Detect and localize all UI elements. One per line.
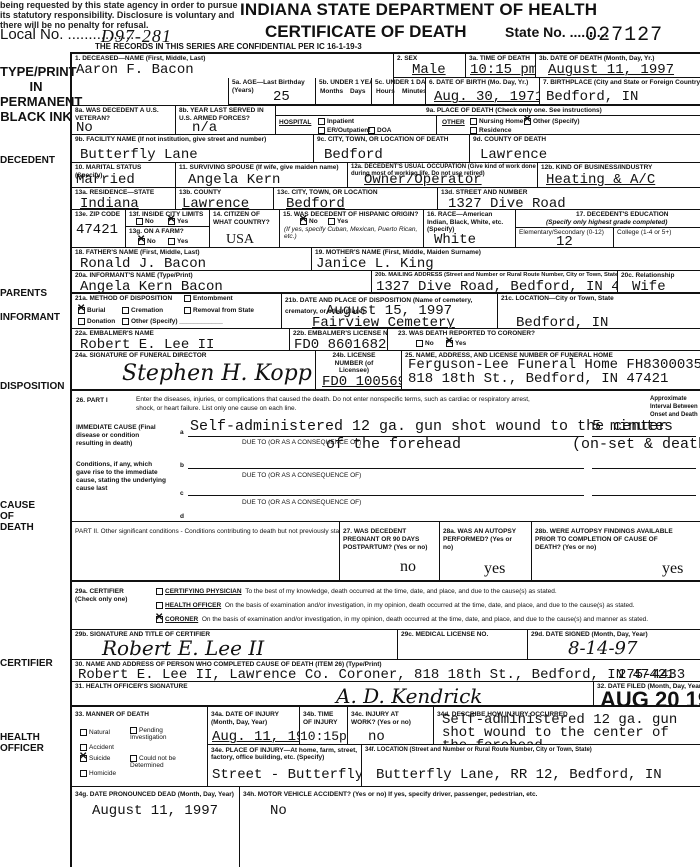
education-elem-value: 12 (556, 234, 573, 248)
field-informant-name: 20a. INFORMANT'S NAME (Type/Print) Angel… (72, 271, 372, 293)
embalmer-license-value: FD0 8601682 (294, 337, 386, 351)
race-value: White (434, 232, 476, 248)
field-birthplace: 7. BIRTHPLACE (City and State or Foreign… (540, 78, 700, 105)
deceased-name-value: Aaron F. Bacon (76, 62, 194, 78)
age-value: 25 (273, 89, 290, 105)
side-label-parents: PARENTS (0, 288, 68, 299)
checkbox-er-outpatient[interactable]: ER/Outpatient (318, 127, 370, 134)
certifier-signature: Robert E. Lee II (102, 636, 264, 660)
field-place-of-injury: 34e. PLACE OF INJURY—At home, farm, stre… (208, 745, 362, 787)
sex-value: Male (412, 62, 446, 78)
year-served-value: n/a (192, 120, 217, 135)
field-mother-name: 19. MOTHER'S NAME (First, Middle, Maiden… (312, 248, 700, 271)
interval-line-a: 5 minutes (592, 418, 673, 435)
side-label-disposition: DISPOSITION (0, 381, 68, 392)
business-value: Heating & A/C (546, 172, 655, 188)
checkbox-coroner-no[interactable]: No (416, 340, 434, 347)
checkbox-coroner[interactable]: CORONER On the basis of examination and/… (156, 616, 648, 623)
field-race: 16. RACE—American Indian, Black, White, … (424, 210, 516, 248)
field-informant-address: 20b. MAILING ADDRESS (Street and Number … (372, 271, 618, 293)
checkbox-doa[interactable]: DOA (368, 127, 391, 134)
field-injury-description: 34d. DESCRIBE HOW INJURY OCCURRED Self-a… (434, 707, 700, 745)
checkbox-city-limits-no[interactable]: No (136, 218, 154, 225)
state-no-label: State No. (505, 24, 566, 40)
funeral-home-line2: 818 18th St., Bedford, IN 47421 (408, 371, 668, 387)
pregnant-value: no (400, 558, 416, 576)
field-funeral-director-signature: 24a. SIGNATURE OF FUNERAL DIRECTOR Steph… (72, 351, 316, 391)
checkbox-hispanic-no[interactable]: No (300, 218, 318, 225)
injury-location-value: Butterfly Lane, RR 12, Bedford, IN (376, 767, 662, 783)
interval-line-a-cont: (on-set & death (572, 436, 700, 453)
findings-value: yes (662, 560, 683, 578)
field-residence-state: 13a. RESIDENCE—STATE Indiana (72, 188, 176, 210)
date-filed-value: AUG 20 1997 (600, 687, 700, 707)
health-officer-signature: A. D. Kendrick (336, 684, 482, 707)
injury-date-value: Aug. 11, 1997 (212, 729, 300, 745)
zip-value: 47421 (76, 222, 118, 238)
occupation-value: Owner/Operator (364, 172, 482, 188)
confidential-notice: THE RECORDS IN THIS SERIES ARE CONFIDENT… (95, 42, 362, 51)
embalmer-value: Robert E. Lee II (80, 337, 214, 351)
place-of-injury-value: Street - Butterfly Lane ,RR12 (212, 767, 362, 783)
state-no-value: 027127 (585, 24, 663, 47)
pronounced-value: August 11, 1997 (92, 803, 218, 819)
at-work-value: no (368, 729, 385, 745)
field-education: 17. DECEDENT'S EDUCATION (Specify only h… (516, 210, 700, 228)
state-number: State No. ....027127...... (505, 24, 608, 40)
spouse-value: Angela Kern (188, 172, 280, 188)
injury-time-value: 10:15pm (300, 729, 348, 744)
field-citizen: 14. CITIZEN OF WHAT COUNTRY? USA (210, 210, 280, 248)
field-date-of-birth: 6. DATE OF BIRTH (Mo. Day, Yr.) Aug. 30,… (426, 78, 540, 105)
field-city-of-death: 9c. CITY, TOWN, OR LOCATION OF DEATH Bed… (314, 135, 470, 163)
how-line3: the forehead. (442, 738, 551, 745)
field-embalmer-license: 22b. EMBALMER'S LICENSE NO. FD0 8601682 (290, 329, 388, 351)
field-surviving-spouse: 11. SURVIVING SPOUSE (If wife, give maid… (176, 163, 348, 188)
field-occupation: 12a. DECEDENT'S USUAL OCCUPATION (Give k… (348, 163, 538, 188)
relationship-value: Wife (632, 279, 666, 293)
field-education-college: College (1-4 or 5+) (614, 228, 700, 248)
checkbox-coroner-yes[interactable]: Yes (446, 340, 466, 347)
checkbox-certifying-physician[interactable]: CERTIFYING PHYSICIAN To the best of my k… (156, 588, 557, 595)
checkbox-city-limits-yes[interactable]: Yes (168, 218, 188, 225)
field-business: 12b. KIND OF BUSINESS/INDUSTRY Heating &… (538, 163, 700, 188)
field-inside-city-limits: 13f. INSIDE CITY LIMITS No Yes (126, 210, 210, 227)
checkbox-other-specify[interactable]: Other (Specify) (524, 118, 580, 125)
section-cause-part1: 26. PART I Enter the diseases, injuries,… (72, 391, 700, 522)
completer-phone: 275-4433 (618, 667, 685, 682)
checkbox-suicide[interactable]: Suicide (80, 755, 110, 762)
checkbox-inpatient[interactable]: Inpatient (318, 118, 354, 125)
field-residence-county: 13b. COUNTY Lawrence (176, 188, 274, 210)
cause-line-a-cont: of the forehead (326, 436, 461, 453)
checkbox-pending[interactable]: Pending Investigation (130, 727, 200, 741)
field-injury-time: 34b. TIME OF INJURY 10:15pm (300, 707, 348, 745)
field-injury-at-work: 34c. INJURY AT WORK? (Yes or no) no (348, 707, 434, 745)
field-certifier-type: 29a. CERTIFIER (Check only one) CERTIFYI… (72, 582, 700, 630)
time-of-death-value: 10:15 pm (470, 62, 536, 78)
checkbox-removal-from-state[interactable]: Removal from State (184, 307, 254, 314)
agency-title: INDIANA STATE DEPARTMENT OF HEALTH (240, 0, 597, 20)
checkbox-burial[interactable]: Burial (78, 307, 105, 314)
dob-value: Aug. 30, 1971 (434, 89, 540, 105)
field-injury-location: 34f. LOCATION (Street and Number or Rura… (362, 745, 700, 787)
field-part2-conditions: PART II. Other significant conditions - … (72, 522, 340, 582)
checkbox-donation[interactable]: Donation (78, 318, 115, 325)
field-under-1-day: 5c. UNDER 1 DAY Hours Minutes (372, 78, 426, 105)
field-funeral-director-license: 24b. LICENSE NUMBER (of Licensee) FD0 10… (316, 351, 402, 391)
fd-license-value: FD0 1005695 (322, 374, 402, 390)
funeral-director-signature: Stephen H. Kopp (122, 361, 312, 386)
checkbox-residence[interactable]: Residence (470, 127, 512, 134)
informant-value: Angela Kern Bacon (80, 279, 223, 293)
field-disposition-date-place: 21b. DATE AND PLACE OF DISPOSITION (Name… (282, 293, 498, 329)
veteran-value: No (76, 120, 93, 135)
field-autopsy-findings: 28b. WERE AUTOPSY FINDINGS AVAILABLE PRI… (532, 522, 700, 582)
res-street-value: 1327 Dive Road (448, 196, 566, 210)
field-hispanic-origin: 15. WAS DECEDENT OF HISPANIC ORIGIN? No … (280, 210, 424, 248)
disposition-place-value: Fairview Cemetery (312, 315, 455, 329)
checkbox-nursing-home[interactable]: Nursing Home (470, 118, 523, 125)
date-signed-value: 8-14-97 (568, 638, 637, 659)
checkbox-farm-yes[interactable]: Yes (168, 238, 188, 245)
checkbox-entombment[interactable]: Entombment (184, 295, 233, 302)
local-number: Local No. ........D97-281........ (0, 26, 134, 43)
mother-value: Janice L. King (316, 256, 434, 271)
city-of-death-value: Bedford (324, 147, 383, 163)
field-cause-completer: 30. NAME AND ADDRESS OF PERSON WHO COMPL… (72, 660, 700, 682)
field-year-served: 8b. YEAR LAST SERVED IN U.S. ARMED FORCE… (176, 105, 276, 135)
field-reported-to-coroner: 23. WAS DEATH REPORTED TO CORONER? No Ye… (388, 329, 700, 351)
citizen-value: USA (226, 232, 254, 248)
checkbox-farm-no[interactable]: No (138, 238, 156, 245)
completer-value: Robert E. Lee II, Lawrence Co. Coroner, … (78, 667, 675, 682)
disposition-location-value: Bedford, IN (516, 315, 608, 329)
field-time-of-death: 3a. TIME OF DEATH 10:15 pm (466, 54, 536, 78)
field-residence-city: 13c. CITY, TOWN, OR LOCATION Bedford (274, 188, 438, 210)
county-of-death-value: Lawrence (480, 147, 547, 163)
field-zip: 13e. ZIP CODE 47421 (72, 210, 126, 248)
checkbox-other-disposition[interactable]: Other (Specify) ____________ (122, 318, 223, 325)
field-on-a-farm: 13g. ON A FARM? No Yes (126, 227, 210, 248)
field-marital-status: 10. MARITAL STATUS (Specify) Married (72, 163, 176, 188)
checkbox-undetermined[interactable]: Could not be Determined (130, 755, 200, 769)
field-disposition-method: 21a. METHOD OF DISPOSITION Entombment Bu… (72, 293, 282, 329)
field-medical-license: 29c. MEDICAL LICENSE NO. (398, 630, 528, 660)
field-disposition-location: 21c. LOCATION—City or Town, State Bedfor… (498, 293, 700, 329)
field-manner-of-death: 33. MANNER OF DEATH Natural Pending Inve… (72, 707, 208, 787)
checkbox-natural[interactable]: Natural (80, 729, 110, 736)
field-sex: 2. SEX Male (394, 54, 466, 78)
res-county-value: Lawrence (182, 196, 249, 210)
side-label-informant: INFORMANT (0, 312, 68, 323)
mva-value: No (270, 803, 287, 819)
field-health-officer-signature: 31. HEALTH OFFICER'S SIGNATURE A. D. Ken… (72, 682, 594, 707)
res-city-value: Bedford (286, 196, 345, 210)
field-education-elementary: Elementary/Secondary (0-12) 12 (516, 228, 614, 248)
checkbox-health-officer[interactable]: HEALTH OFFICER On the basis of examinati… (156, 602, 635, 609)
marital-value: Married (76, 172, 135, 188)
side-label-type-print: TYPE/PRINT IN PERMANENT BLACK INK (0, 64, 72, 124)
field-age: 5a. AGE—Last Birthday (Years) 25 (228, 78, 316, 105)
field-date-of-death: 3b. DATE OF DEATH (Month, Day, Yr.) Augu… (536, 54, 700, 78)
field-county-of-death: 9d. COUNTY OF DEATH Lawrence (470, 135, 700, 163)
death-certificate-form: 1. DECEASED—NAME (First, Middle, Last) A… (70, 52, 700, 867)
birthplace-value: Bedford, IN (546, 89, 638, 105)
res-state-value: Indiana (80, 196, 139, 210)
field-embalmer-name: 22a. EMBALMER'S NAME Robert E. Lee II (72, 329, 290, 351)
certificate-title: CERTIFICATE OF DEATH (265, 22, 466, 42)
facility-value: Butterfly Lane (80, 147, 198, 163)
field-place-of-death: 9a. PLACE OF DEATH (Check only one. See … (276, 105, 700, 135)
side-label-decedent: DECEDENT (0, 155, 68, 166)
field-autopsy-performed: 28a. WAS AN AUTOPSY PERFORMED? (Yes or n… (440, 522, 532, 582)
checkbox-homicide[interactable]: Homicide (80, 770, 116, 777)
field-facility-name: 9b. FACILITY NAME (If not institution, g… (72, 135, 314, 163)
field-injury-date: 34a. DATE OF INJURY (Month, Day, Year) A… (208, 707, 300, 745)
field-veteran: 8a. WAS DECEDENT A U.S. VETERAN? No (72, 105, 176, 135)
side-label-health-officer: HEALTH OFFICER (0, 732, 50, 754)
father-value: Ronald J. Bacon (80, 256, 206, 271)
field-date-pronounced: 34g. DATE PRONOUNCED DEAD (Month, Day, Y… (72, 787, 240, 867)
field-date-filed: 32. DATE FILED (Month, Day, Year) AUG 20… (594, 682, 700, 707)
field-pregnant: 27. WAS DECEDENT PREGNANT OR 90 DAYS POS… (340, 522, 440, 582)
field-certifier-signature: 29b. SIGNATURE AND TITLE OF CERTIFIER Ro… (72, 630, 398, 660)
side-label-certifier: CERTIFIER (0, 658, 68, 669)
informant-address-value: 1327 Dive Road, Bedford, IN 47421 (376, 279, 618, 293)
field-under-1-year: 5b. UNDER 1 YEAR Months Days (316, 78, 372, 105)
field-father-name: 18. FATHER'S NAME (First, Middle, Last) … (72, 248, 312, 271)
side-label-cause-of-death: CAUSE OF DEATH (0, 500, 50, 533)
local-no-label: Local No. (0, 26, 63, 43)
autopsy-value: yes (484, 560, 505, 578)
date-of-death-value: August 11, 1997 (548, 62, 674, 78)
checkbox-cremation[interactable]: Cremation (122, 307, 163, 314)
checkbox-hispanic-yes[interactable]: Yes (328, 218, 348, 225)
field-funeral-home: 25. NAME, ADDRESS, AND LICENSE NUMBER OF… (402, 351, 700, 391)
field-date-signed: 29d. DATE SIGNED (Month, Day, Year) 8-14… (528, 630, 700, 660)
field-motor-vehicle-accident: 34h. MOTOR VEHICLE ACCIDENT? (Yes or no)… (240, 787, 700, 867)
field-residence-street: 13d. STREET AND NUMBER 1327 Dive Road (438, 188, 700, 210)
field-relationship: 20c. Relationship Wife (618, 271, 700, 293)
